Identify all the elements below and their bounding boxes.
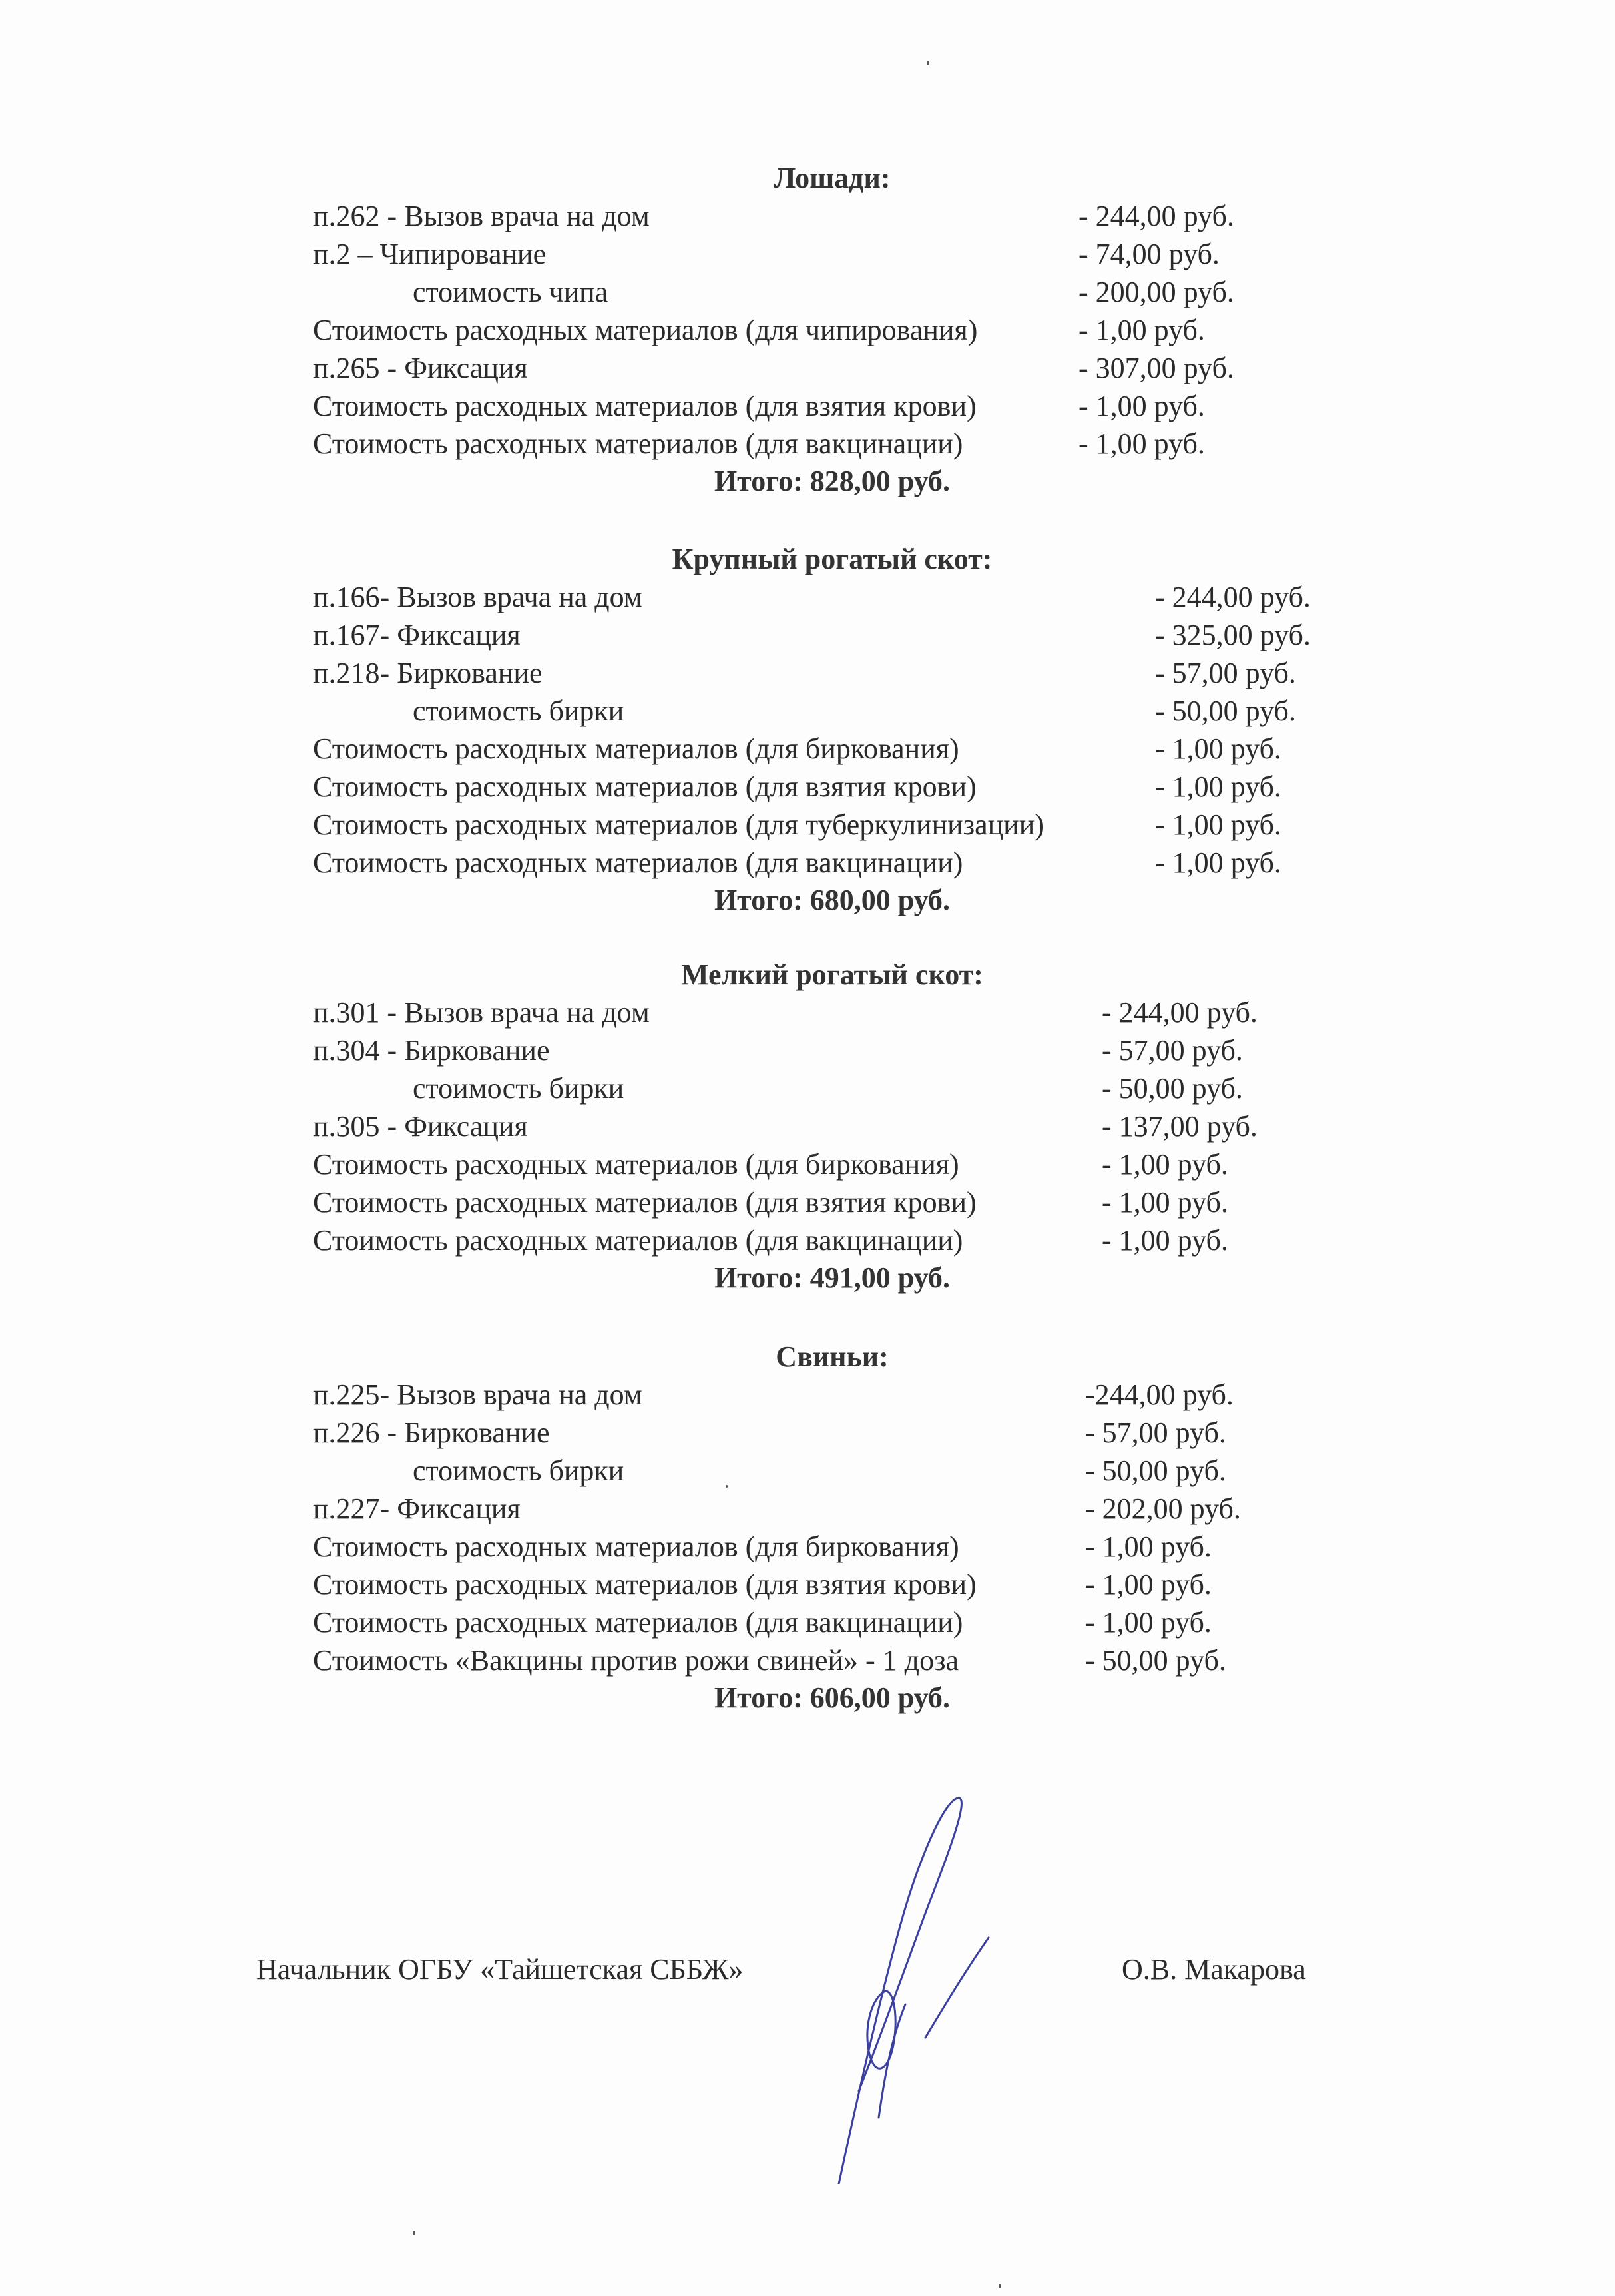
service-price: - 50,00 руб.: [1155, 692, 1296, 730]
price-row: п.262 - Вызов врача на дом- 244,00 руб.: [313, 197, 1351, 235]
service-price: - 1,00 руб.: [1085, 1528, 1212, 1566]
service-label: Стоимость расходных материалов (для бирк…: [313, 1528, 959, 1566]
service-label: Стоимость расходных материалов (для вакц…: [313, 425, 963, 463]
service-price: - 1,00 руб.: [1155, 768, 1281, 806]
service-label: п.301 - Вызов врача на дом: [313, 994, 650, 1031]
section-total: Итого: 680,00 руб.: [313, 882, 1351, 919]
service-price: - 202,00 руб.: [1085, 1490, 1241, 1528]
price-row: Стоимость расходных материалов (для вакц…: [313, 844, 1351, 882]
price-row: Стоимость расходных материалов (для взят…: [313, 1183, 1351, 1221]
service-price: - 244,00 руб.: [1102, 994, 1258, 1031]
service-price: - 1,00 руб.: [1102, 1145, 1228, 1183]
service-price: - 1,00 руб.: [1078, 425, 1205, 463]
service-price: - 1,00 руб.: [1155, 730, 1281, 768]
price-row: п.167- Фиксация- 325,00 руб.: [313, 616, 1351, 654]
section-title: Крупный рогатый скот:: [313, 541, 1351, 578]
service-price: - 1,00 руб.: [1102, 1221, 1228, 1259]
price-row: п.225- Вызов врача на дом-244,00 руб.: [313, 1376, 1351, 1414]
price-row: п.2 – Чипирование- 74,00 руб.: [313, 235, 1351, 273]
document-page: Лошади: п.262 - Вызов врача на дом- 244,…: [0, 0, 1615, 2296]
service-price: - 57,00 руб.: [1102, 1031, 1243, 1069]
price-list: п.262 - Вызов врача на дом- 244,00 руб.п…: [313, 197, 1351, 463]
handwritten-signature: [786, 1771, 1118, 2184]
service-label: стоимость бирки: [413, 1069, 624, 1107]
price-list: п.225- Вызов врача на дом-244,00 руб.п.2…: [313, 1376, 1351, 1679]
signatory-position: Начальник ОГБУ «Тайшетская СББЖ»: [256, 1951, 743, 1988]
service-price: - 50,00 руб.: [1085, 1452, 1226, 1490]
price-row: Стоимость расходных материалов (для взят…: [313, 387, 1351, 425]
service-label: стоимость бирки: [413, 692, 624, 730]
service-label: стоимость бирки: [413, 1452, 624, 1490]
service-label: Стоимость расходных материалов (для вакц…: [313, 1603, 963, 1641]
scan-speck: [999, 2284, 1001, 2288]
price-row: стоимость чипа- 200,00 руб.: [313, 273, 1351, 311]
service-price: - 137,00 руб.: [1102, 1107, 1258, 1145]
section-title: Свиньи:: [313, 1338, 1351, 1376]
section-pigs: Свиньи: п.225- Вызов врача на дом-244,00…: [313, 1338, 1351, 1717]
service-label: Стоимость расходных материалов (для чипи…: [313, 311, 977, 349]
service-label: Стоимость расходных материалов (для взят…: [313, 1566, 977, 1603]
service-price: - 1,00 руб.: [1085, 1566, 1212, 1603]
price-row: Стоимость расходных материалов (для чипи…: [313, 311, 1351, 349]
price-row: п.226 - Биркование- 57,00 руб.: [313, 1414, 1351, 1452]
service-label: п.218- Биркование: [313, 654, 543, 692]
service-price: - 1,00 руб.: [1155, 806, 1281, 844]
service-label: Стоимость расходных материалов (для бирк…: [313, 1145, 959, 1183]
service-label: Стоимость расходных материалов (для вакц…: [313, 844, 963, 882]
service-label: п.166- Вызов врача на дом: [313, 578, 642, 616]
service-price: - 244,00 руб.: [1078, 197, 1234, 235]
service-label: Стоимость расходных материалов (для взят…: [313, 387, 977, 425]
service-price: - 57,00 руб.: [1085, 1414, 1226, 1452]
price-row: стоимость бирки- 50,00 руб.: [313, 1452, 1351, 1490]
service-label: п.167- Фиксация: [313, 616, 521, 654]
scan-speck: [927, 61, 929, 65]
service-label: п.226 - Биркование: [313, 1414, 550, 1452]
scan-speck: [413, 2231, 415, 2235]
service-label: п.265 - Фиксация: [313, 349, 528, 387]
service-price: - 50,00 руб.: [1102, 1069, 1243, 1107]
service-label: Стоимость расходных материалов (для бирк…: [313, 730, 959, 768]
price-row: п.265 - Фиксация- 307,00 руб.: [313, 349, 1351, 387]
price-row: п.304 - Биркование- 57,00 руб.: [313, 1031, 1351, 1069]
service-label: п.225- Вызов врача на дом: [313, 1376, 642, 1414]
service-price: - 200,00 руб.: [1078, 273, 1234, 311]
price-row: Стоимость расходных материалов (для вакц…: [313, 1603, 1351, 1641]
section-title: Лошади:: [313, 160, 1351, 197]
service-label: п.262 - Вызов врача на дом: [313, 197, 650, 235]
price-row: Стоимость расходных материалов (для взят…: [313, 768, 1351, 806]
price-row: стоимость бирки- 50,00 руб.: [313, 1069, 1351, 1107]
service-label: Стоимость расходных материалов (для взят…: [313, 768, 977, 806]
service-label: стоимость чипа: [413, 273, 608, 311]
price-row: Стоимость расходных материалов (для вакц…: [313, 1221, 1351, 1259]
price-row: Стоимость расходных материалов (для бирк…: [313, 1528, 1351, 1566]
price-row: п.218- Биркование- 57,00 руб.: [313, 654, 1351, 692]
service-price: - 307,00 руб.: [1078, 349, 1234, 387]
price-row: п.301 - Вызов врача на дом- 244,00 руб.: [313, 994, 1351, 1031]
price-row: п.227- Фиксация- 202,00 руб.: [313, 1490, 1351, 1528]
section-total: Итого: 606,00 руб.: [313, 1679, 1351, 1717]
service-price: -244,00 руб.: [1085, 1376, 1234, 1414]
service-label: п.2 – Чипирование: [313, 235, 546, 273]
price-row: Стоимость расходных материалов (для вакц…: [313, 425, 1351, 463]
service-price: - 57,00 руб.: [1155, 654, 1296, 692]
service-price: - 1,00 руб.: [1078, 387, 1205, 425]
price-row: Стоимость расходных материалов (для тубе…: [313, 806, 1351, 844]
service-price: - 74,00 руб.: [1078, 235, 1220, 273]
service-label: Стоимость расходных материалов (для тубе…: [313, 806, 1044, 844]
price-list: п.301 - Вызов врача на дом- 244,00 руб.п…: [313, 994, 1351, 1259]
section-total: Итого: 828,00 руб.: [313, 463, 1351, 500]
service-price: - 244,00 руб.: [1155, 578, 1311, 616]
scan-speck: [726, 1485, 728, 1488]
price-list: п.166- Вызов врача на дом- 244,00 руб.п.…: [313, 578, 1351, 882]
service-price: - 1,00 руб.: [1085, 1603, 1212, 1641]
service-label: п.227- Фиксация: [313, 1490, 521, 1528]
service-price: - 50,00 руб.: [1085, 1641, 1226, 1679]
service-label: Стоимость расходных материалов (для взят…: [313, 1183, 977, 1221]
service-price: - 1,00 руб.: [1155, 844, 1281, 882]
section-title: Мелкий рогатый скот:: [313, 956, 1351, 994]
price-row: Стоимость расходных материалов (для бирк…: [313, 730, 1351, 768]
section-small-ruminants: Мелкий рогатый скот: п.301 - Вызов врача…: [313, 956, 1351, 1296]
price-row: п.166- Вызов врача на дом- 244,00 руб.: [313, 578, 1351, 616]
section-cattle: Крупный рогатый скот: п.166- Вызов врача…: [313, 541, 1351, 919]
price-row: п.305 - Фиксация- 137,00 руб.: [313, 1107, 1351, 1145]
price-row: Стоимость расходных материалов (для бирк…: [313, 1145, 1351, 1183]
service-label: Стоимость расходных материалов (для вакц…: [313, 1221, 963, 1259]
service-label: п.304 - Биркование: [313, 1031, 550, 1069]
service-price: - 1,00 руб.: [1078, 311, 1205, 349]
section-horses: Лошади: п.262 - Вызов врача на дом- 244,…: [313, 160, 1351, 500]
price-row: Стоимость «Вакцины против рожи свиней» -…: [313, 1641, 1351, 1679]
service-price: - 325,00 руб.: [1155, 616, 1311, 654]
signatory-name: О.В. Макарова: [1122, 1951, 1306, 1988]
service-label: Стоимость «Вакцины против рожи свиней» -…: [313, 1641, 959, 1679]
price-row: стоимость бирки- 50,00 руб.: [313, 692, 1351, 730]
price-row: Стоимость расходных материалов (для взят…: [313, 1566, 1351, 1603]
service-label: п.305 - Фиксация: [313, 1107, 528, 1145]
service-price: - 1,00 руб.: [1102, 1183, 1228, 1221]
section-total: Итого: 491,00 руб.: [313, 1259, 1351, 1296]
